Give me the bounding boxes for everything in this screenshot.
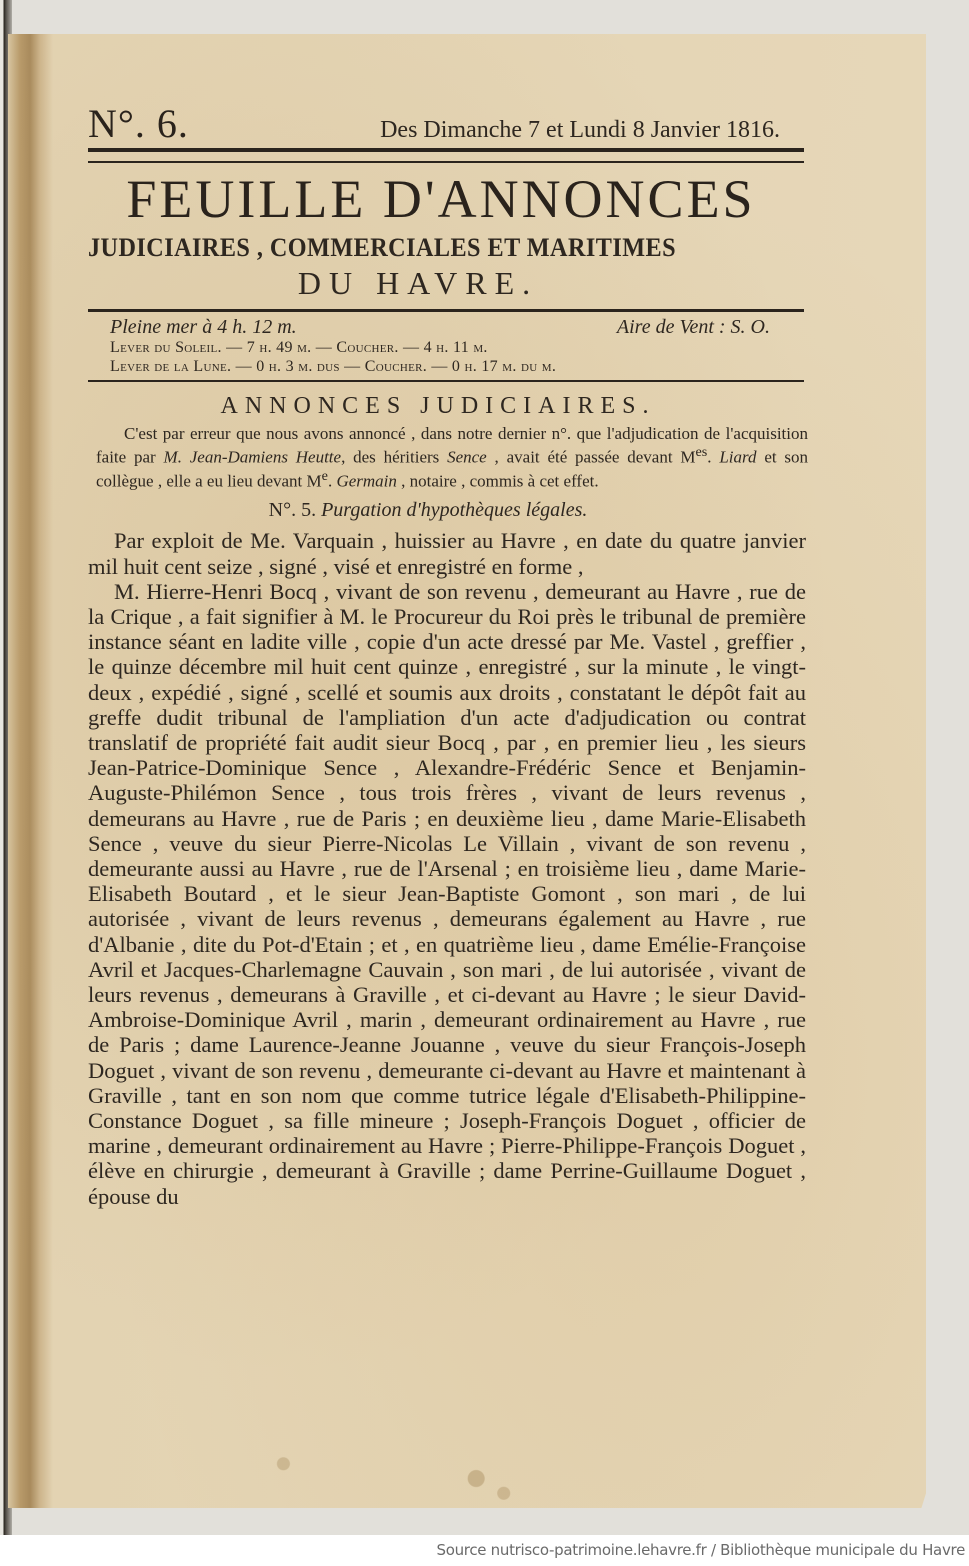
erratum-text: , des héritiers [341,448,447,467]
page-content: N°. 6. Des Dimanche 7 et Lundi 8 Janvier… [88,100,808,1209]
newspaper-subtitle: JUDICIAIRES , COMMERCIALES ET MARITIMES [88,233,758,263]
tide-wind-row: Pleine mer à 4 h. 12 m. Aire de Vent : S… [110,316,770,338]
masthead-top: N°. 6. Des Dimanche 7 et Lundi 8 Janvier… [88,100,808,148]
erratum-text: , avait été passée devant M [487,448,696,467]
moonrise-moonset: Lever de la Lune. — 0 h. 3 m. dus — Couc… [110,357,808,376]
article-body: Par exploit de Me. Varquain , huissier a… [88,528,806,1208]
article-paragraph: M. Hierre-Henri Bocq , vivant de son rev… [88,579,806,1209]
erratum-notice: C'est par erreur que nous avons annoncé … [88,424,808,490]
item-number: N°. 5. [269,499,316,521]
erratum-name: Sence [447,448,487,467]
erratum-name: Liard [719,448,756,467]
caption-bar: Source nutrisco-patrimoine.lehavre.fr / … [0,1535,969,1566]
erratum-text: . [707,448,719,467]
almanac-block: Pleine mer à 4 h. 12 m. Aire de Vent : S… [88,312,808,376]
item-heading: N°. 5. Purgation d'hypothèques légales. [88,498,768,522]
sunrise-sunset: Lever du Soleil. — 7 h. 49 m. — Coucher.… [110,338,808,357]
masthead-rule [88,148,804,163]
erratum-name: M. Jean-Damiens Heutte [164,448,342,467]
almanac-rule [88,380,804,382]
section-heading: ANNONCES JUDICIAIRES. [88,392,788,420]
newspaper-city: DU HAVRE. [88,265,748,301]
item-title: Purgation d'hypothèques légales. [321,499,587,521]
newspaper-title: FEUILLE D'ANNONCES [88,169,794,229]
erratum-name: Germain [336,471,396,490]
source-caption: Source nutrisco-patrimoine.lehavre.fr / … [436,1541,965,1559]
issue-date: Des Dimanche 7 et Lundi 8 Janvier 1816. [380,117,780,144]
erratum-text: , notaire , commis à cet effet. [397,471,599,490]
wind-direction: Aire de Vent : S. O. [617,316,770,338]
issue-number: N°. 6. [88,100,189,147]
article-paragraph: Par exploit de Me. Varquain , huissier a… [88,528,806,578]
high-tide: Pleine mer à 4 h. 12 m. [110,316,297,338]
erratum-sup: es [695,444,707,460]
